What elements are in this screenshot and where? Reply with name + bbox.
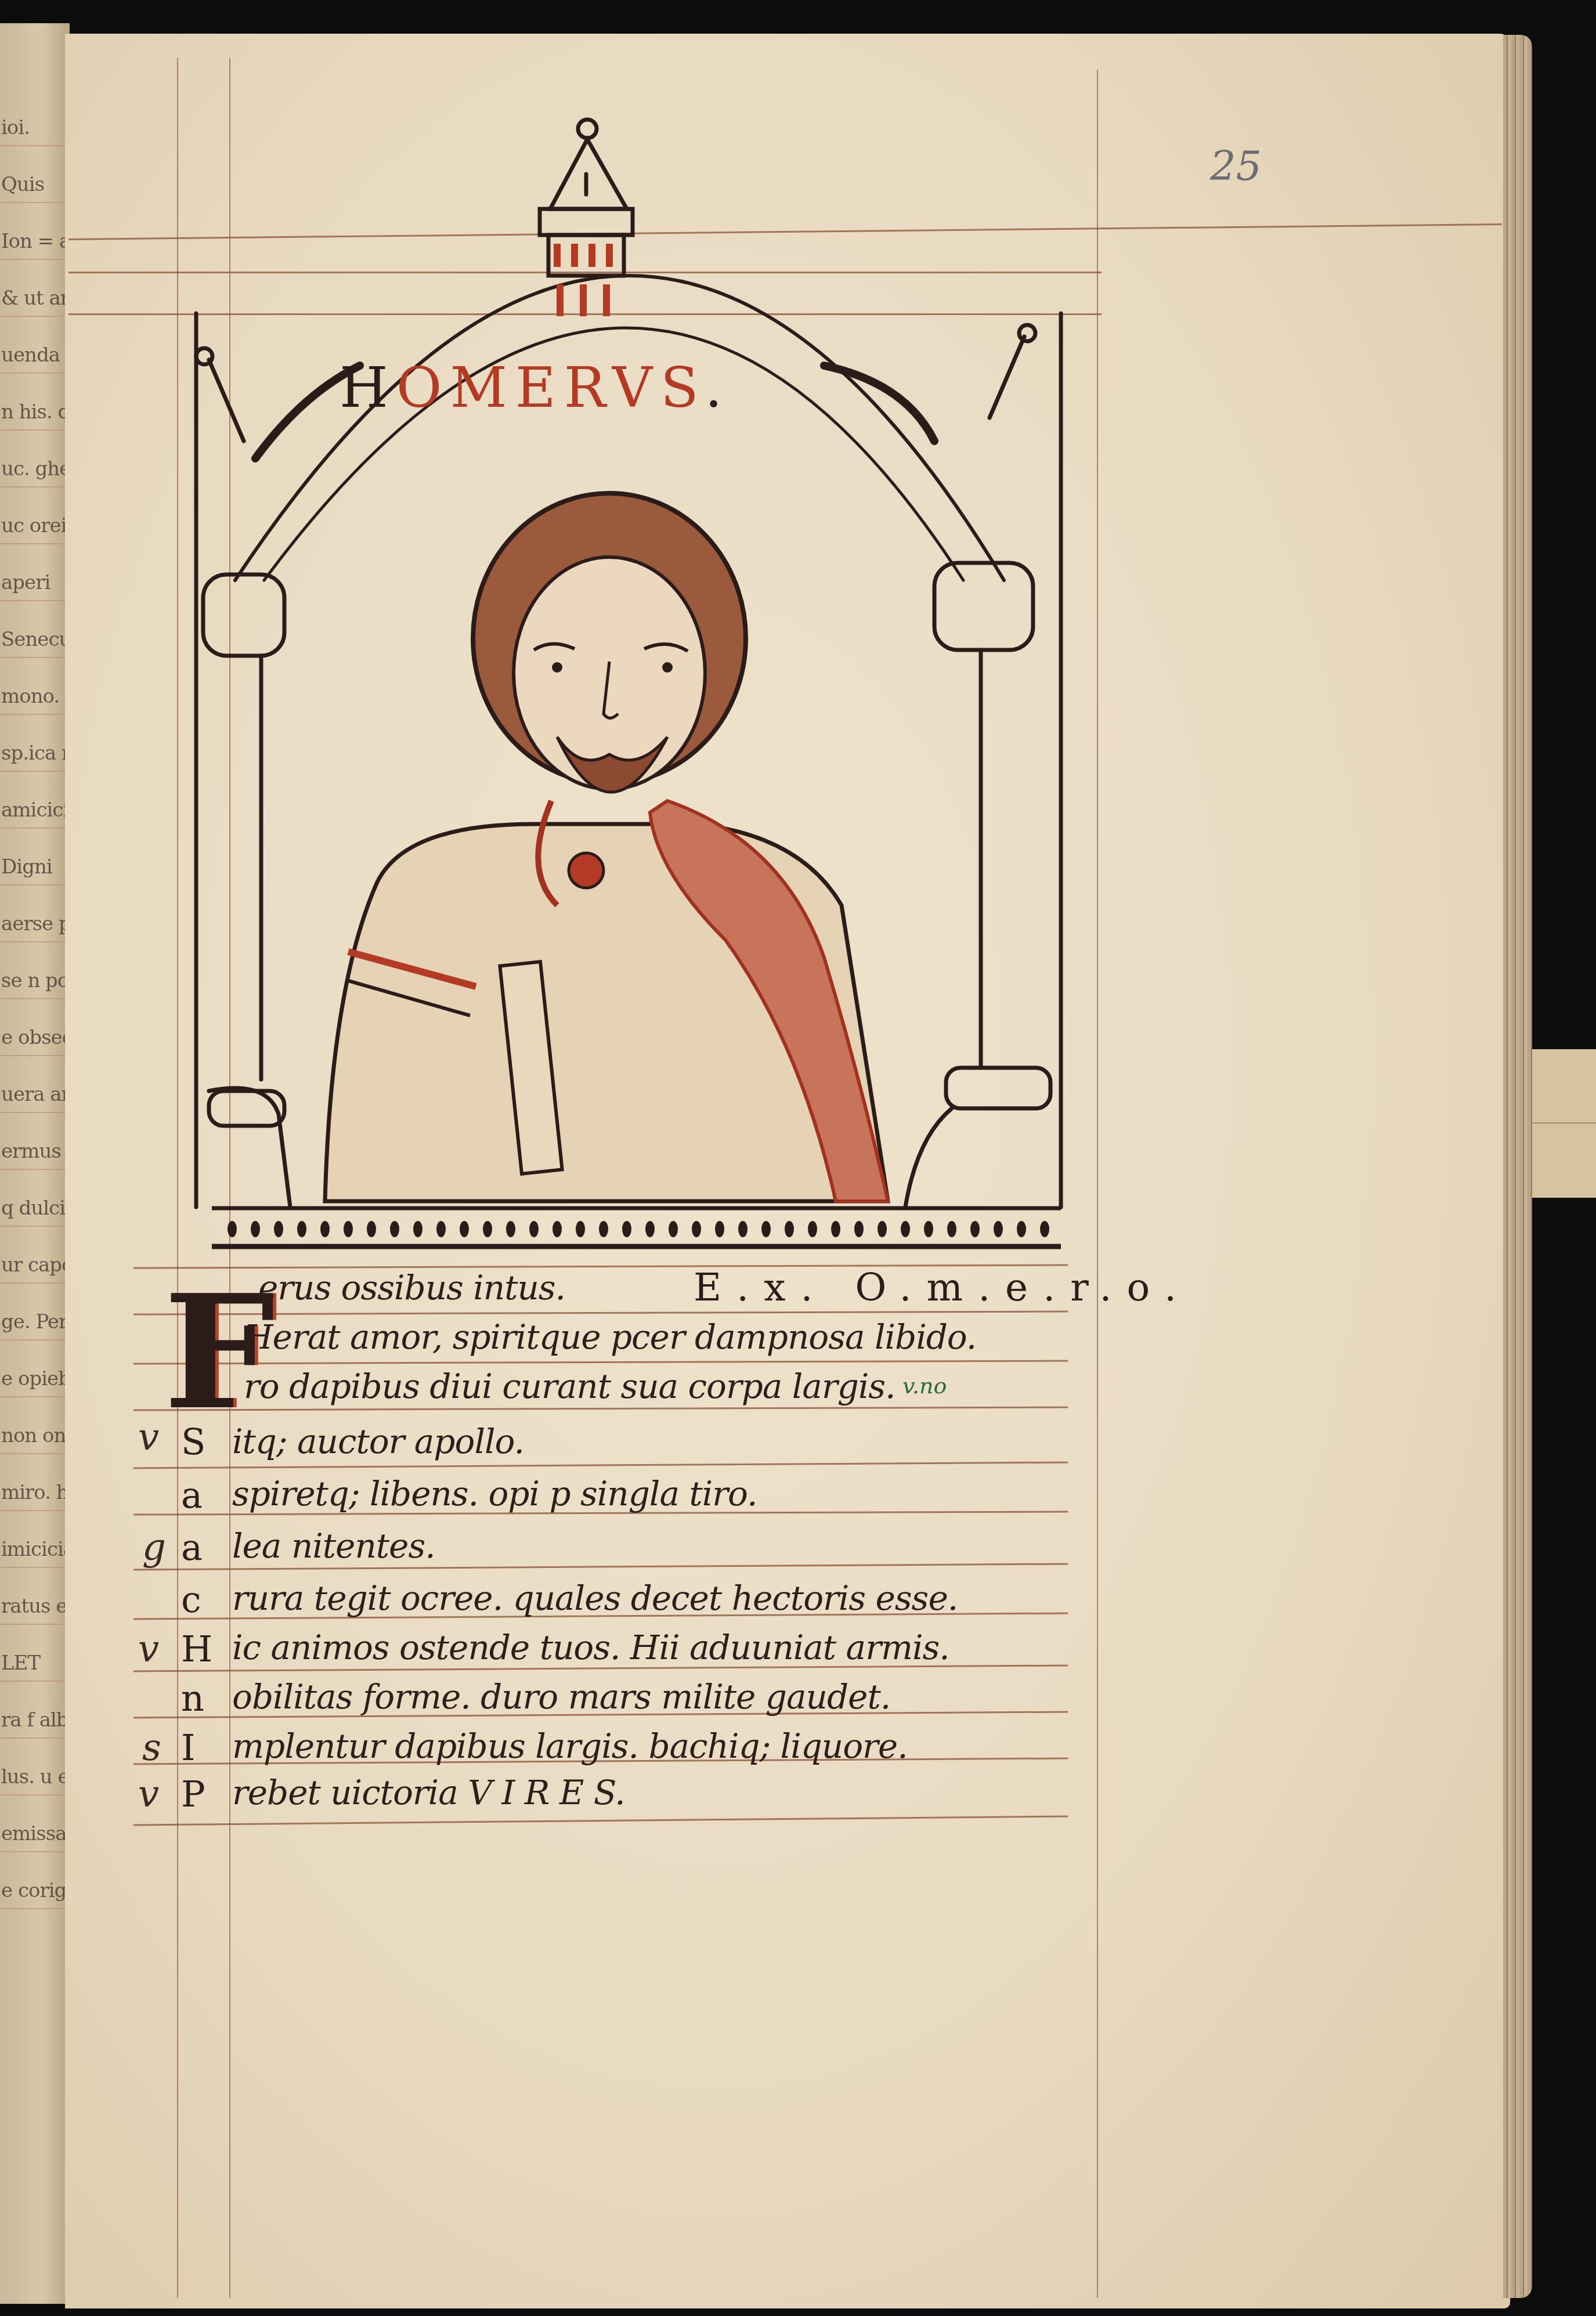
text-line-8: ic animos ostende tuos. Hii aduuniat arm… [232, 1628, 949, 1667]
marginal-letter: v [138, 1773, 159, 1816]
text-line-3: ro dapibus diui curant sua corpa largis. [244, 1367, 896, 1406]
interlinear-gloss: v.no [902, 1373, 947, 1399]
marginal-letter: v [138, 1416, 159, 1459]
section-heading: E.x. O.m.e.r.o. [694, 1265, 1191, 1310]
marginal-letter: s [142, 1726, 161, 1769]
text-line-6: lea nitentes. [232, 1526, 435, 1566]
text-line-2: Herat amor, spiritque pcer dampnosa libi… [244, 1317, 976, 1357]
text-line-4: itq; auctor apollo. [232, 1422, 524, 1461]
marginal-letter: g [142, 1526, 166, 1569]
line-initial: a [181, 1526, 203, 1569]
text-line-11: rebet uictoria V I R E S. [232, 1773, 625, 1812]
marginal-letter: v [138, 1628, 159, 1671]
line-initial: c [181, 1578, 201, 1621]
illustration-title-homervs: HOMERVS. [340, 355, 731, 420]
line-initial: n [181, 1677, 204, 1719]
text-line-10: mplentur dapibus largis. bachiq; liquore… [232, 1726, 908, 1766]
text-line-9: obilitas forme. duro mars milite gaudet. [232, 1677, 890, 1717]
text-line-5: spiretq; libens. opi p singla tiro. [232, 1474, 757, 1513]
line-initial: P [181, 1773, 205, 1815]
line-initial: H [181, 1628, 212, 1670]
text-line-1: erus ossibus intus. [258, 1268, 565, 1307]
line-initial: I [181, 1726, 196, 1769]
author-portrait-illustration [0, 0, 1596, 2316]
line-initial: S [181, 1421, 205, 1463]
line-initial: a [181, 1474, 203, 1516]
text-line-7: rura tegit ocree. quales decet hectoris … [232, 1578, 958, 1618]
